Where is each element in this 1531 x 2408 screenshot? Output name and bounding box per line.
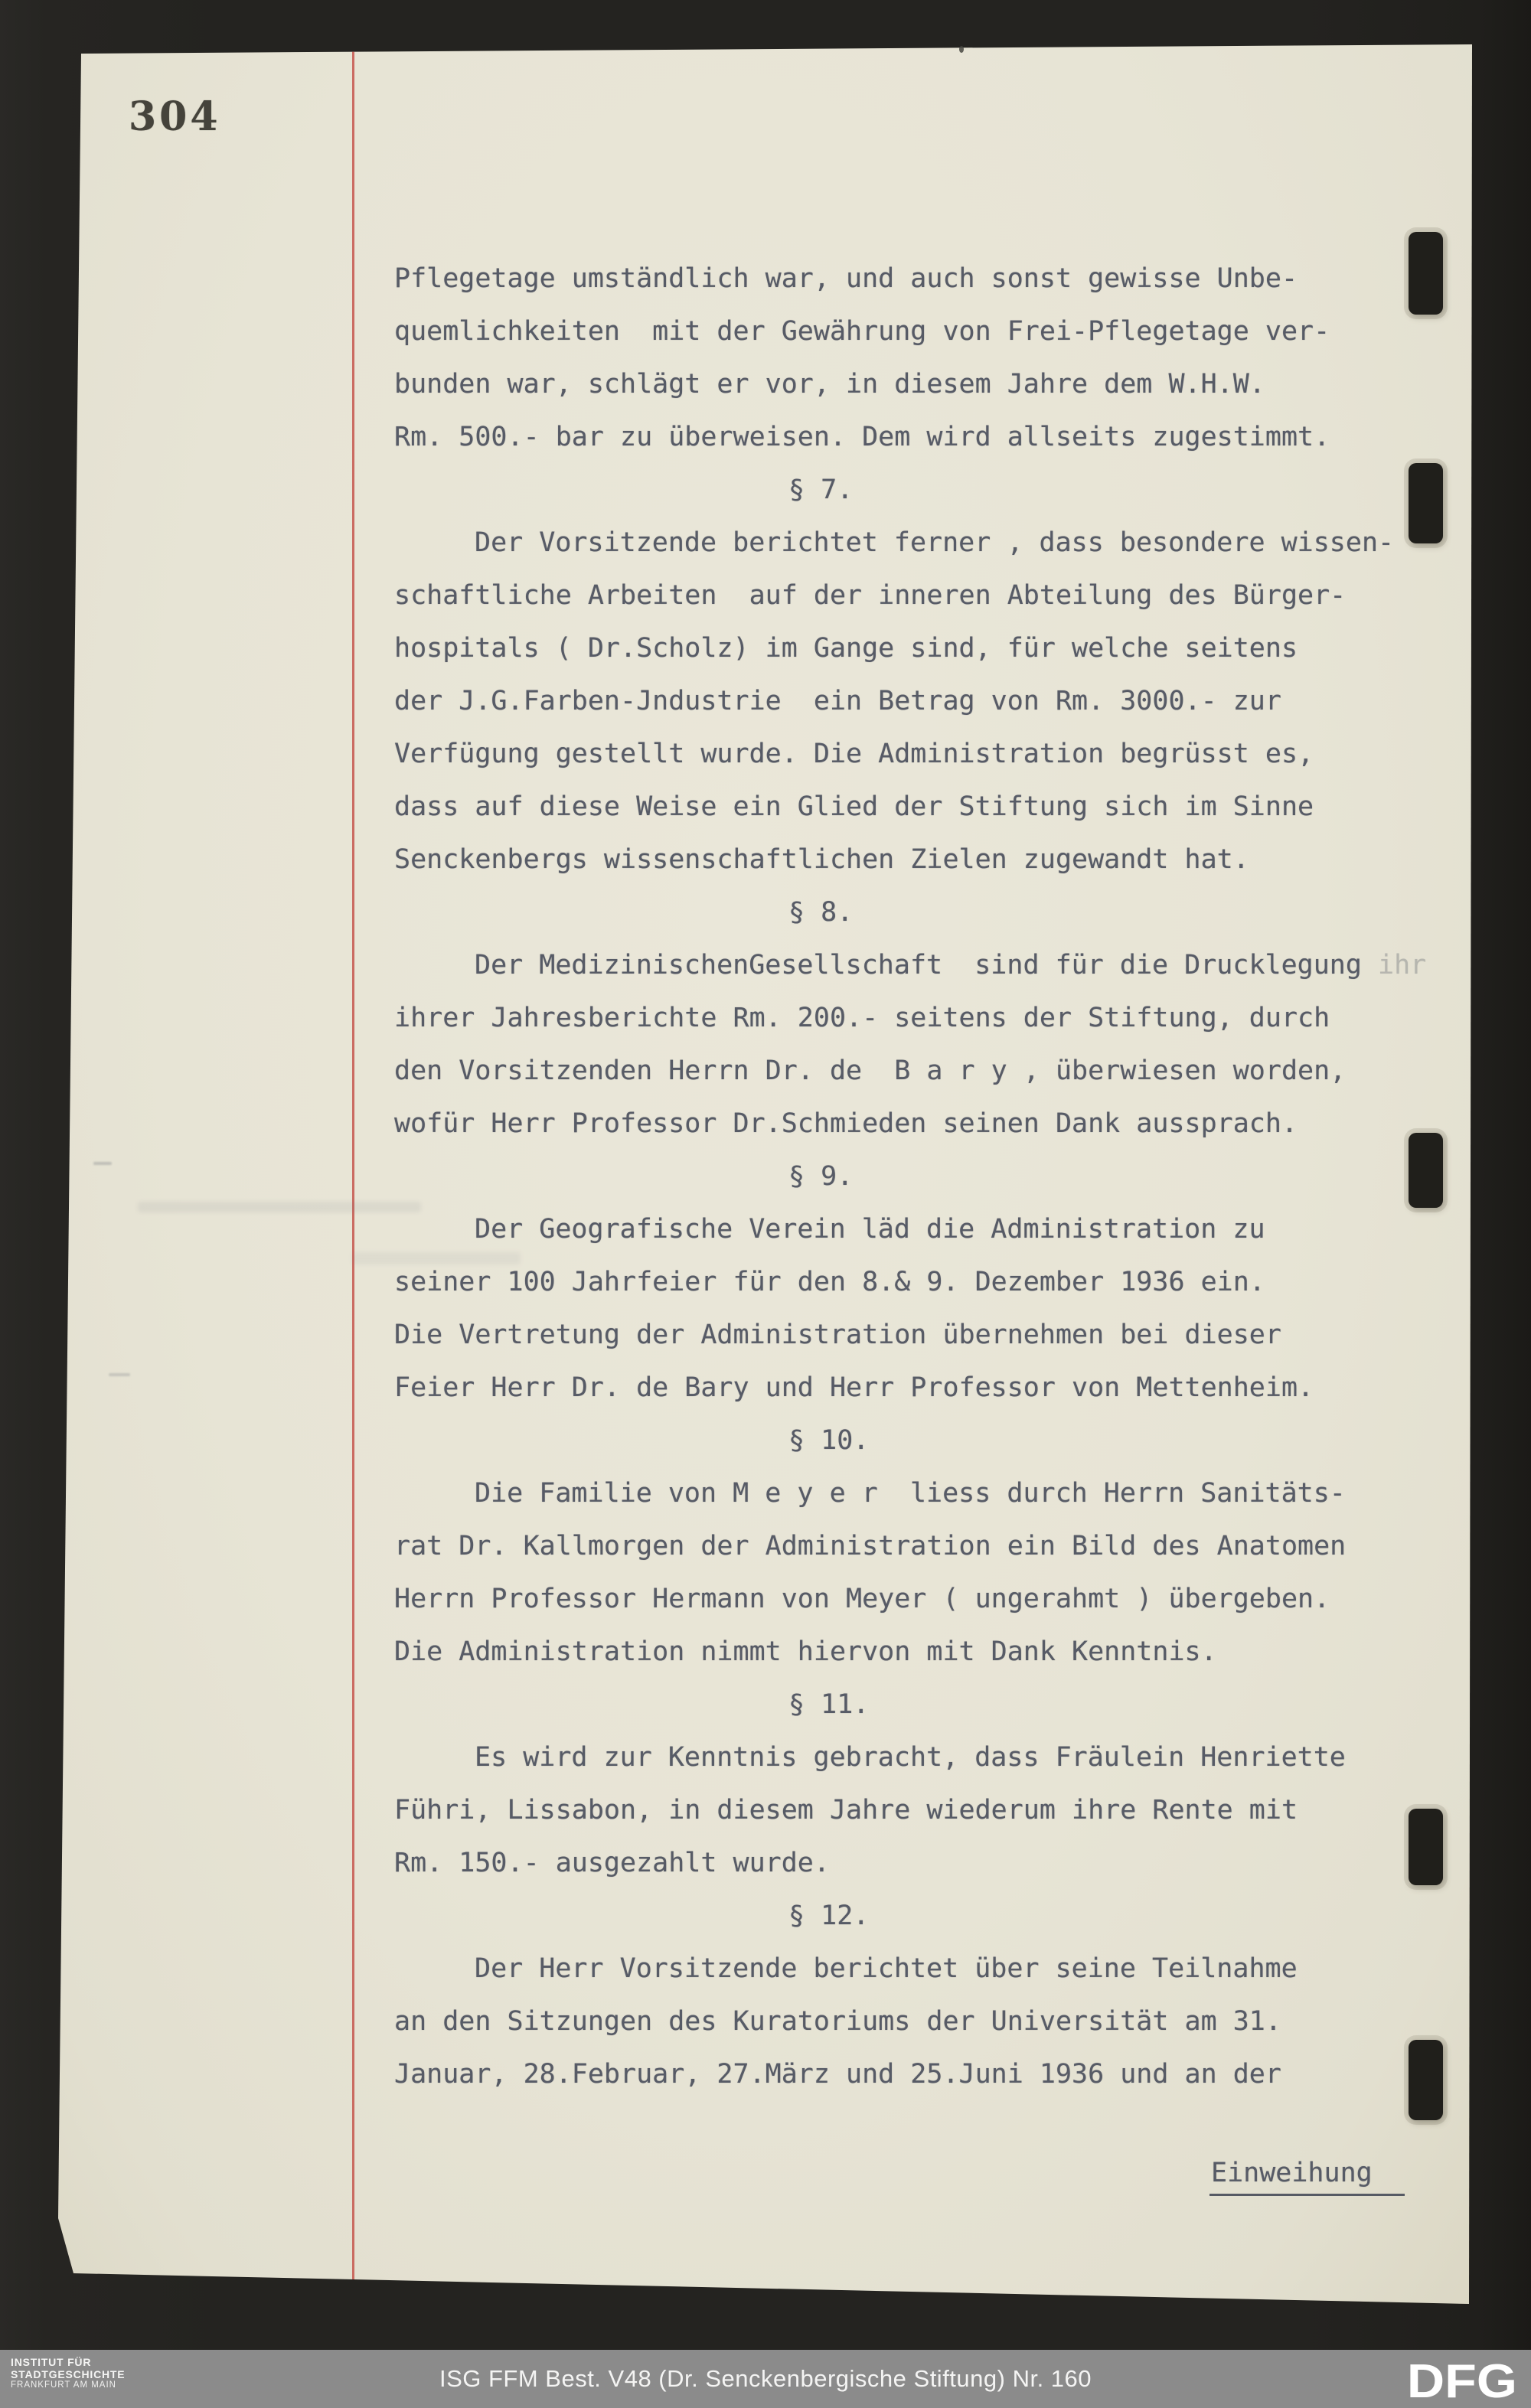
section-heading: § 9. [394, 1150, 1489, 1203]
text-line: dass auf diese Weise ein Glied der Stift… [394, 781, 1489, 834]
text-line: bunden war, schlägt er vor, in diesem Ja… [394, 358, 1489, 411]
text-line: rat Dr. Kallmorgen der Administration ei… [394, 1520, 1489, 1573]
erased-text: ihr [1362, 950, 1426, 980]
text-line: der J.G.Farben-Jndustrie ein Betrag von … [394, 675, 1489, 728]
text-line: hospitals ( Dr.Scholz) im Gange sind, fü… [394, 622, 1489, 675]
text-line: Es wird zur Kenntnis gebracht, dass Fräu… [394, 1731, 1489, 1784]
punch-hole [1409, 1809, 1443, 1885]
ink-bleed-ghost [138, 1202, 421, 1212]
punch-hole [1409, 2040, 1443, 2120]
section-heading: § 10. [394, 1414, 1489, 1467]
text-line: ihrer Jahresberichte Rm. 200.- seitens d… [394, 992, 1489, 1045]
text-line: schaftliche Arbeiten auf der inneren Abt… [394, 569, 1489, 622]
archive-reference: ISG FFM Best. V48 (Dr. Senckenbergische … [0, 2365, 1531, 2393]
text-line: Der Geografische Verein läd die Administ… [394, 1203, 1489, 1256]
margin-rule [352, 47, 354, 2301]
scan-background: 304 Pflegetage umständlich war, und auch… [0, 0, 1531, 2408]
document-page: 304 Pflegetage umständlich war, und auch… [54, 44, 1474, 2305]
text-line: Januar, 28.Februar, 27.März und 25.Juni … [394, 2048, 1489, 2101]
text-line: Führi, Lissabon, in diesem Jahre wiederu… [394, 1784, 1489, 1837]
punch-hole [1409, 1133, 1443, 1208]
dust-speck [959, 46, 964, 53]
text-line: an den Sitzungen des Kuratoriums der Uni… [394, 1995, 1489, 2048]
text-line: Der Herr Vorsitzende berichtet über sein… [394, 1943, 1489, 1995]
text-line: Feier Herr Dr. de Bary und Herr Professo… [394, 1362, 1489, 1414]
text-line: Herrn Professor Hermann von Meyer ( unge… [394, 1573, 1489, 1626]
text-line: Senckenbergs wissenschaftlichen Zielen z… [394, 834, 1489, 886]
text-line: Die Vertretung der Administration überne… [394, 1309, 1489, 1362]
pencil-dash [93, 1162, 112, 1165]
catchword: Einweihung [1209, 2155, 1405, 2196]
section-heading: § 12. [394, 1890, 1489, 1943]
text-line: Der MedizinischenGesellschaft sind für d… [394, 939, 1489, 992]
text-line: seiner 100 Jahrfeier für den 8.& 9. Deze… [394, 1256, 1489, 1309]
text-line: Rm. 150.- ausgezahlt wurde. [394, 1837, 1489, 1890]
ink-bleed-ghost [352, 1252, 521, 1264]
section-heading: § 11. [394, 1679, 1489, 1731]
text-line: Verfügung gestellt wurde. Die Administra… [394, 728, 1489, 781]
text-line: Der Vorsitzende berichtet ferner , dass … [394, 517, 1489, 569]
text-line: Rm. 500.- bar zu überweisen. Dem wird al… [394, 411, 1489, 464]
text-line: wofür Herr Professor Dr.Schmieden seinen… [394, 1098, 1489, 1150]
text-line: Die Familie von M e y e r liess durch He… [394, 1467, 1489, 1520]
punch-hole [1409, 463, 1443, 543]
text-line: Pflegetage umständlich war, und auch son… [394, 253, 1489, 305]
pencil-dash [109, 1373, 130, 1376]
text-line: quemlichkeiten mit der Gewährung von Fre… [394, 305, 1489, 358]
section-heading: § 7. [394, 464, 1489, 517]
text-line: den Vorsitzenden Herrn Dr. de B a r y , … [394, 1045, 1489, 1098]
page-number-stamp: 304 [129, 93, 221, 140]
punch-hole [1409, 232, 1443, 315]
text-line: Die Administration nimmt hiervon mit Dan… [394, 1626, 1489, 1679]
section-heading: § 8. [394, 886, 1489, 939]
dfg-logo: DFG [1407, 2354, 1517, 2408]
archive-footer-bar: INSTITUT FÜR STADTGESCHICHTE FRANKFURT A… [0, 2350, 1531, 2408]
document-lines: Pflegetage umständlich war, und auch son… [394, 253, 1489, 2101]
